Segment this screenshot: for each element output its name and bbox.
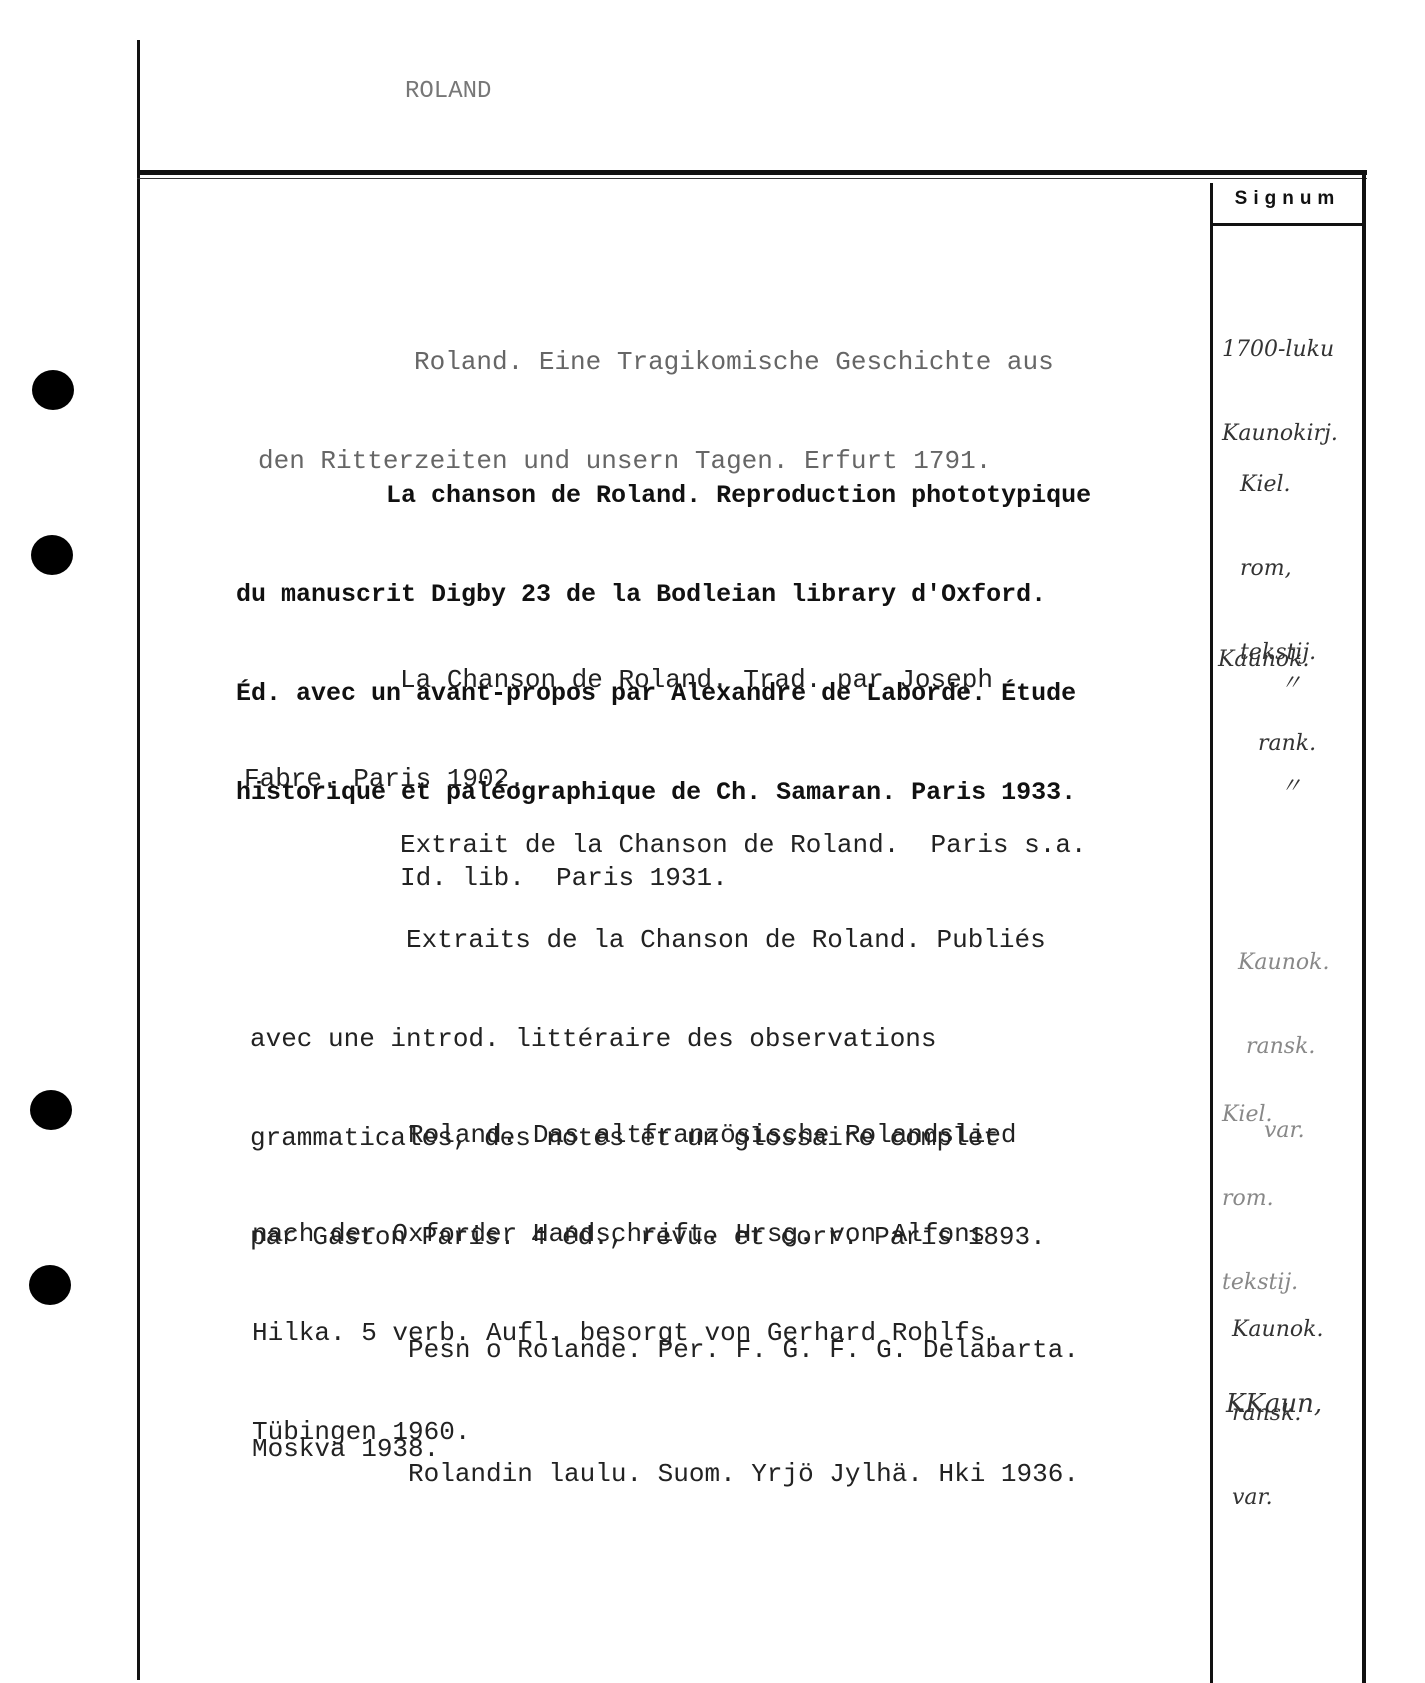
entry-line: Roland. Eine Tragikomische Geschichte au…	[258, 346, 1054, 379]
signum-ditto: 〃	[1280, 670, 1302, 698]
entry-line: Pesn o Rolande. Per. F. G. F. G. Delabar…	[252, 1334, 1079, 1367]
punch-hole	[29, 1265, 71, 1305]
header-rule-thin	[137, 178, 1367, 179]
punch-hole	[30, 1090, 72, 1130]
signum-line: Kiel.	[1240, 471, 1316, 499]
bibliographic-entry: Rolandin laulu. Suom. Yrjö Jylhä. Hki 19…	[252, 1392, 1079, 1557]
entry-line: nach der Oxforder Handschrift. Hrsg. von…	[252, 1218, 1017, 1251]
signum-line: 1700-luku	[1222, 336, 1338, 364]
signum-header-rule	[1210, 223, 1366, 226]
punch-hole	[32, 370, 74, 410]
entry-line: Extraits de la Chanson de Roland. Publié…	[250, 924, 1046, 957]
signum-header: Signum	[1213, 188, 1362, 210]
signum-note: KKaun,	[1226, 1390, 1322, 1418]
entry-line: La chanson de Roland. Reproduction photo…	[236, 479, 1091, 512]
signum-line: Kiel.	[1222, 1101, 1298, 1129]
header-rule	[137, 170, 1367, 175]
entry-line: La Chanson de Roland. Trad. par Joseph	[244, 664, 993, 697]
catalog-card: ROLAND Signum Roland. Eine Tragikomische…	[0, 0, 1425, 1683]
signum-line: var.	[1232, 1484, 1323, 1512]
signum-ditto: 〃	[1280, 773, 1302, 801]
signum-line: Kaunok.	[1238, 949, 1329, 977]
signum-column-rule-right	[1362, 170, 1366, 1683]
signum-line: Kaunok.	[1232, 1316, 1323, 1344]
entry-line: avec une introd. littéraire des observat…	[250, 1023, 1046, 1056]
card-heading: ROLAND	[405, 78, 491, 105]
signum-line: rank.	[1218, 730, 1316, 758]
entry-line: Roland. Das altfranzösische Rolandslied	[252, 1119, 1017, 1152]
signum-column-rule	[1210, 183, 1213, 1683]
entry-line: Rolandin laulu. Suom. Yrjö Jylhä. Hki 19…	[252, 1458, 1079, 1491]
left-margin-rule	[137, 40, 140, 1680]
signum-line: rom.	[1222, 1185, 1298, 1213]
signum-line: rom,	[1240, 555, 1316, 583]
punch-hole	[31, 535, 73, 575]
